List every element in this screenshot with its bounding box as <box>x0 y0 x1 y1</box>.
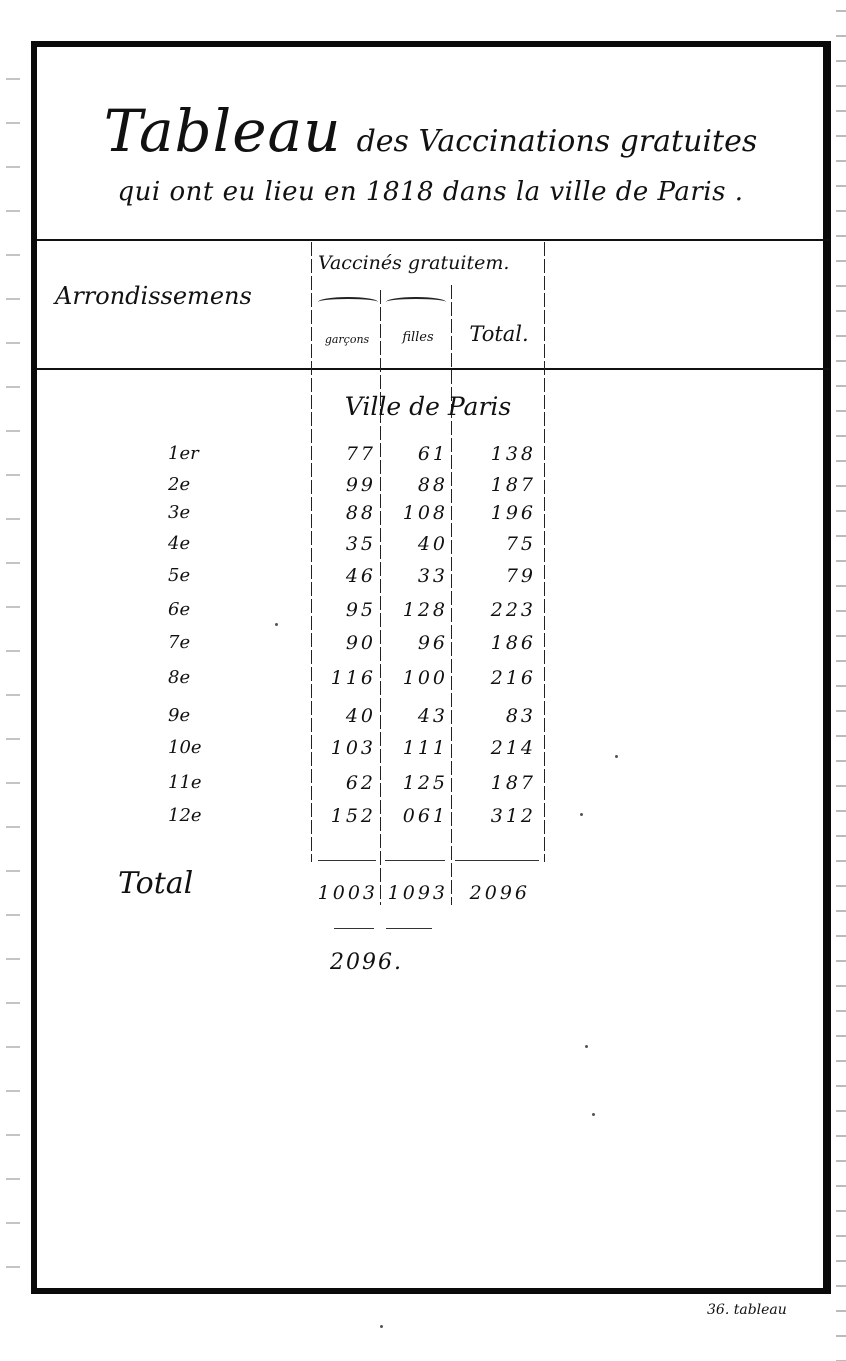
total-cell: 196 <box>452 502 536 524</box>
total-cell: 214 <box>452 737 536 759</box>
arrondissement-cell: 11e <box>168 772 202 793</box>
garcons-cell: 77 <box>310 443 376 465</box>
sum-rule-total <box>455 860 539 861</box>
total-cell: 79 <box>452 565 536 587</box>
header-divider <box>37 368 830 370</box>
garcons-cell: 152 <box>310 805 376 827</box>
page-subtitle: qui ont eu lieu en 1818 dans la ville de… <box>37 177 824 207</box>
filles-cell: 111 <box>380 737 448 759</box>
garcons-cell: 88 <box>310 502 376 524</box>
grand-total: 2096. <box>330 950 403 975</box>
footer-page-note: 36. tableau <box>707 1302 787 1318</box>
table-row: 9e 40 43 83 <box>0 705 846 731</box>
arrondissement-cell: 3e <box>168 502 190 523</box>
arrondissement-cell: 12e <box>168 805 202 826</box>
brace-garcons <box>318 297 378 307</box>
garcons-cell: 40 <box>310 705 376 727</box>
column-header-filles: filles <box>386 330 450 345</box>
arrondissements-header: Arrondissemens <box>55 282 252 310</box>
vaccines-gratuits-header: Vaccinés gratuitem. <box>318 252 509 274</box>
column-header-total: Total. <box>455 322 543 346</box>
table-row: 6e 95 128 223 <box>0 599 846 625</box>
arrondissement-cell: 9e <box>168 705 190 726</box>
total-cell: 223 <box>452 599 536 621</box>
total-overall: 2096 <box>452 882 530 904</box>
sum-rule-garcons <box>318 860 376 861</box>
garcons-cell: 35 <box>310 533 376 555</box>
table-row: 3e 88 108 196 <box>0 502 846 528</box>
total-cell: 75 <box>452 533 536 555</box>
table-row: 5e 46 33 79 <box>0 565 846 591</box>
arrondissement-cell: 7e <box>168 632 190 653</box>
table-row: 11e 62 125 187 <box>0 772 846 798</box>
garcons-cell: 116 <box>310 667 376 689</box>
grand-total-rule-left <box>334 928 374 929</box>
table-row: 7e 90 96 186 <box>0 632 846 658</box>
arrondissement-cell: 1er <box>168 443 199 464</box>
table-row: 8e 116 100 216 <box>0 667 846 693</box>
total-cell: 138 <box>452 443 536 465</box>
garcons-cell: 103 <box>310 737 376 759</box>
title-main-rest: des Vaccinations gratuites <box>357 124 758 159</box>
filles-cell: 128 <box>380 599 448 621</box>
filles-cell: 108 <box>380 502 448 524</box>
table-row: 1er 77 61 138 <box>0 443 846 469</box>
garcons-cell: 46 <box>310 565 376 587</box>
filles-cell: 33 <box>380 565 448 587</box>
garcons-cell: 90 <box>310 632 376 654</box>
arrondissement-cell: 8e <box>168 667 190 688</box>
garcons-cell: 95 <box>310 599 376 621</box>
arrondissement-cell: 6e <box>168 599 190 620</box>
grand-total-rule-right <box>386 928 432 929</box>
filles-cell: 061 <box>380 805 448 827</box>
total-cell: 187 <box>452 772 536 794</box>
total-row-label: Total <box>118 866 193 901</box>
title-main-word: Tableau <box>104 97 342 165</box>
table-row: 10e 103 111 214 <box>0 737 846 763</box>
title-divider <box>37 239 830 241</box>
filles-cell: 88 <box>380 474 448 496</box>
section-label-ville-de-paris: Ville de Paris <box>312 392 544 421</box>
column-header-garcons: garçons <box>314 333 380 346</box>
arrondissement-cell: 4e <box>168 533 190 554</box>
table-row: 12e 152 061 312 <box>0 805 846 831</box>
total-cell: 83 <box>452 705 536 727</box>
garcons-cell: 62 <box>310 772 376 794</box>
sum-rule-filles <box>385 860 445 861</box>
total-cell: 186 <box>452 632 536 654</box>
filles-cell: 125 <box>380 772 448 794</box>
total-cell: 216 <box>452 667 536 689</box>
total-cell: 187 <box>452 474 536 496</box>
filles-cell: 43 <box>380 705 448 727</box>
garcons-cell: 99 <box>310 474 376 496</box>
filles-cell: 100 <box>380 667 448 689</box>
title-block: Tableau des Vaccinations gratuites qui o… <box>37 47 824 239</box>
total-cell: 312 <box>452 805 536 827</box>
filles-cell: 61 <box>380 443 448 465</box>
arrondissement-cell: 5e <box>168 565 190 586</box>
table-row: 2e 99 88 187 <box>0 474 846 500</box>
page-title: Tableau des Vaccinations gratuites <box>37 97 824 165</box>
filles-cell: 96 <box>380 632 448 654</box>
arrondissement-cell: 2e <box>168 474 190 495</box>
table-row: 4e 35 40 75 <box>0 533 846 559</box>
brace-filles <box>386 297 446 307</box>
total-filles: 1093 <box>380 882 448 904</box>
total-garcons: 1003 <box>310 882 378 904</box>
arrondissement-cell: 10e <box>168 737 202 758</box>
filles-cell: 40 <box>380 533 448 555</box>
